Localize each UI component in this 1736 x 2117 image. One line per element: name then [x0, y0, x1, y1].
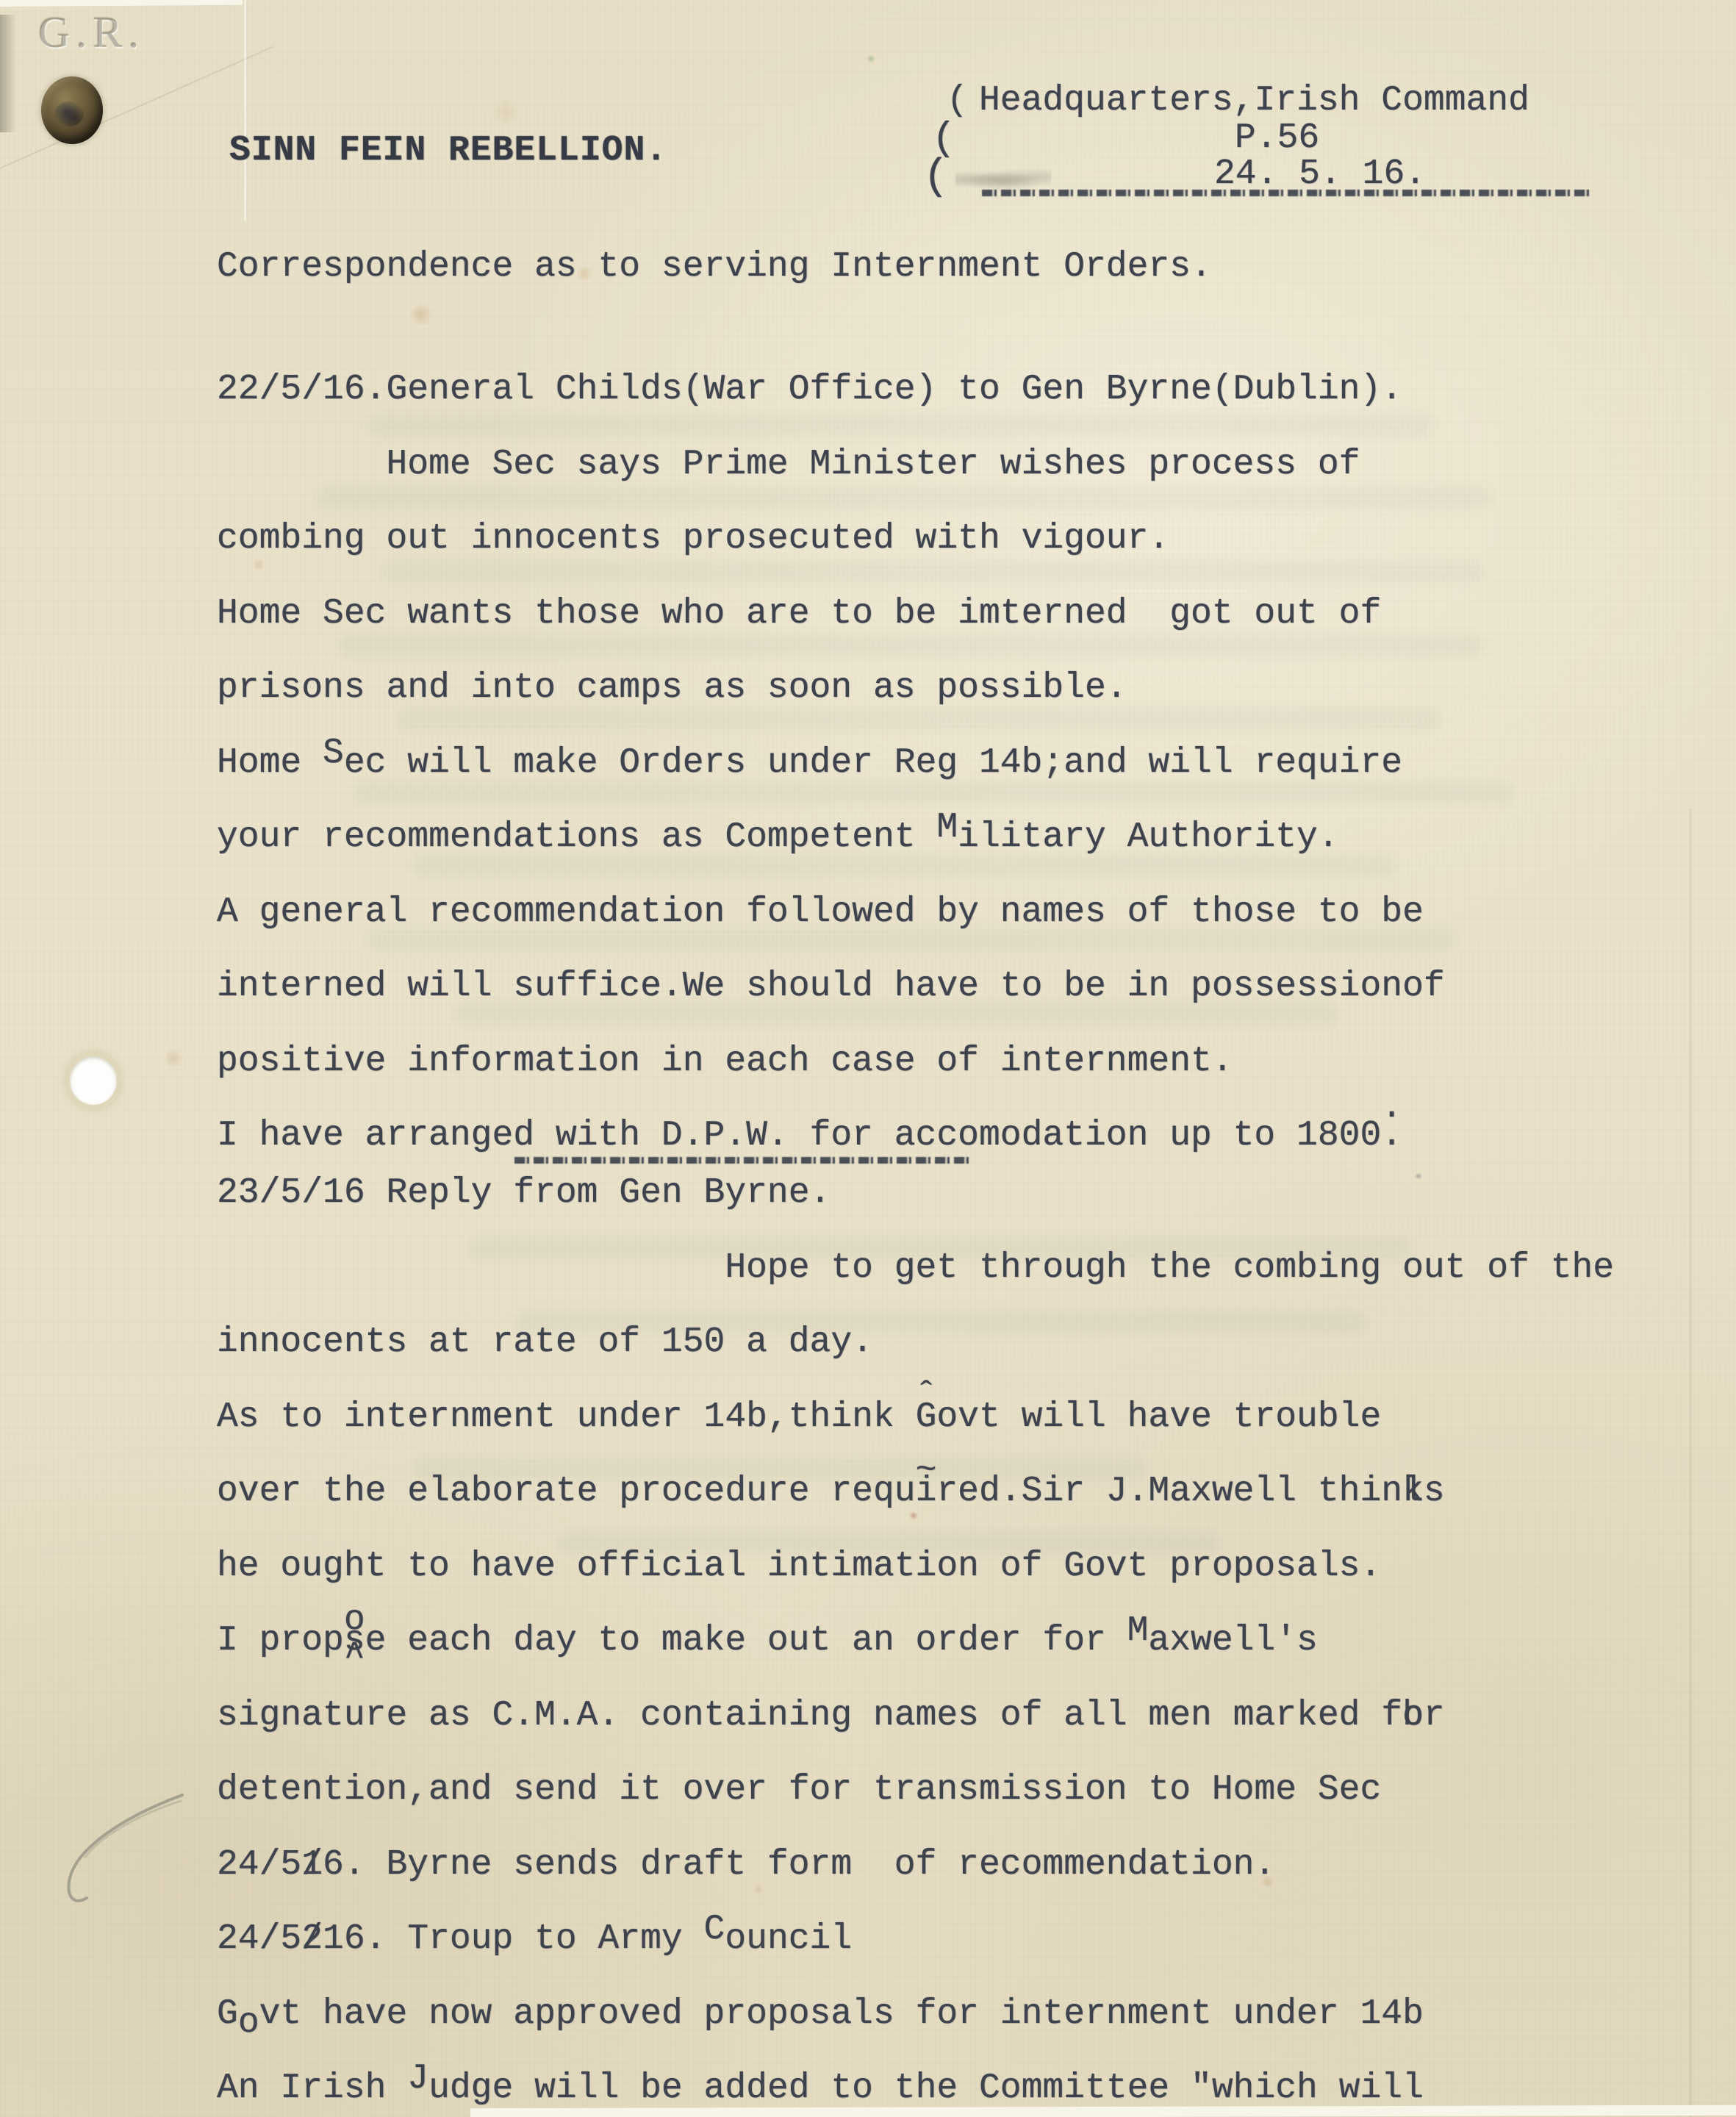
document-page: { "page": { "embossing": "G.R.", "title"…	[0, 0, 1736, 2117]
typed-line: 24/5/16. Byrne sends draft form of recom…	[217, 1846, 1275, 1883]
scan-edge-top	[0, 0, 243, 7]
typed-line: Govt have now approved proposals for int…	[217, 1996, 1424, 2032]
typed-line: detention,and send it over for transmiss…	[217, 1772, 1381, 1808]
ink-bleed-through	[456, 1002, 1338, 1024]
paper-stain	[909, 1511, 918, 1520]
typed-line: Correspondence as to serving Internment …	[217, 248, 1212, 285]
brass-fastener	[41, 76, 103, 144]
ink-bleed-through	[559, 1531, 1220, 1553]
typed-line: your recommendations as Competent Milita…	[217, 819, 1339, 856]
typed-line: positive information in each case of int…	[217, 1043, 1233, 1080]
ink-bleed-through	[382, 561, 1485, 583]
header-bracket: (	[947, 82, 968, 119]
typed-line: I have arranged with D.P.W. for accomoda…	[217, 1117, 1402, 1154]
typed-line: An Irish Judge will be added to the Comm…	[217, 2070, 1424, 2107]
typed-line: signature as C.M.A. containing names of …	[217, 1697, 1445, 1734]
scan-edge-left	[0, 15, 16, 132]
typed-line: Home Sec wants those who are to be imter…	[217, 595, 1381, 632]
ink-bleed-through	[367, 928, 1455, 950]
pencil-smudge	[955, 169, 1051, 190]
right-fold-line	[1689, 809, 1692, 2117]
typed-line: prisons and into camps as soon as possib…	[217, 670, 1127, 706]
paper-stain	[867, 54, 875, 63]
typed-line: 24/5/216. Troup to Army Council	[217, 1921, 852, 1957]
typed-line: Home Sec says Prime Minister wishes proc…	[217, 446, 1360, 483]
typed-line: A general recommendation followed by nam…	[217, 894, 1424, 931]
header-office: Headquarters,Irish Command	[979, 82, 1529, 119]
paper-stain	[164, 1049, 183, 1068]
ink-bleed-through	[412, 855, 1396, 877]
typed-line: interned will suffice.We should have to …	[217, 968, 1445, 1005]
top-left-crease	[244, 0, 246, 221]
document-title: SINN FEIN REBELLION.	[229, 132, 667, 169]
header-reference: P.56	[1235, 120, 1319, 157]
ink-bleed-through	[316, 487, 1492, 509]
typed-line: he ought to have official intimation of …	[217, 1548, 1381, 1585]
paper-stain	[1415, 1172, 1422, 1180]
royal-cypher-embossing: G.R.	[38, 7, 145, 58]
typed-line: I propo^se each day to make out an order…	[217, 1622, 1318, 1659]
paper-stain	[753, 1884, 764, 1894]
ink-bleed-through	[353, 781, 1514, 803]
typed-line: 22/5/16.General Childs(War Office) to Ge…	[217, 371, 1402, 408]
paper-stain	[252, 558, 265, 571]
ink-bleed-through	[412, 1458, 1147, 1480]
ink-bleed-through	[514, 1311, 1367, 1333]
typed-line: 23/5/16 Reply from Gen Byrne.	[217, 1175, 831, 1211]
ink-bleed-through	[338, 634, 1485, 656]
typed-line: combing out innocents prosecuted with vi…	[217, 520, 1169, 557]
pencil-mark	[51, 1786, 220, 1926]
typed-line: Home Sec will make Orders under Reg 14b;…	[217, 745, 1402, 781]
ink-bleed-through	[397, 708, 1441, 730]
ink-bleed-through	[470, 1237, 1411, 1259]
header-bracket: (	[923, 156, 949, 201]
paper-stain	[492, 98, 519, 125]
header-date: 24. 5. 16.	[1214, 156, 1426, 193]
punch-hole	[65, 1052, 121, 1109]
typed-line: As to internment under 14b,think ˆGovt w…	[217, 1399, 1381, 1436]
paper-stain	[409, 303, 433, 326]
header-underline	[982, 190, 1593, 196]
ink-bleed-through	[367, 414, 1433, 436]
reply-underline	[514, 1157, 972, 1164]
